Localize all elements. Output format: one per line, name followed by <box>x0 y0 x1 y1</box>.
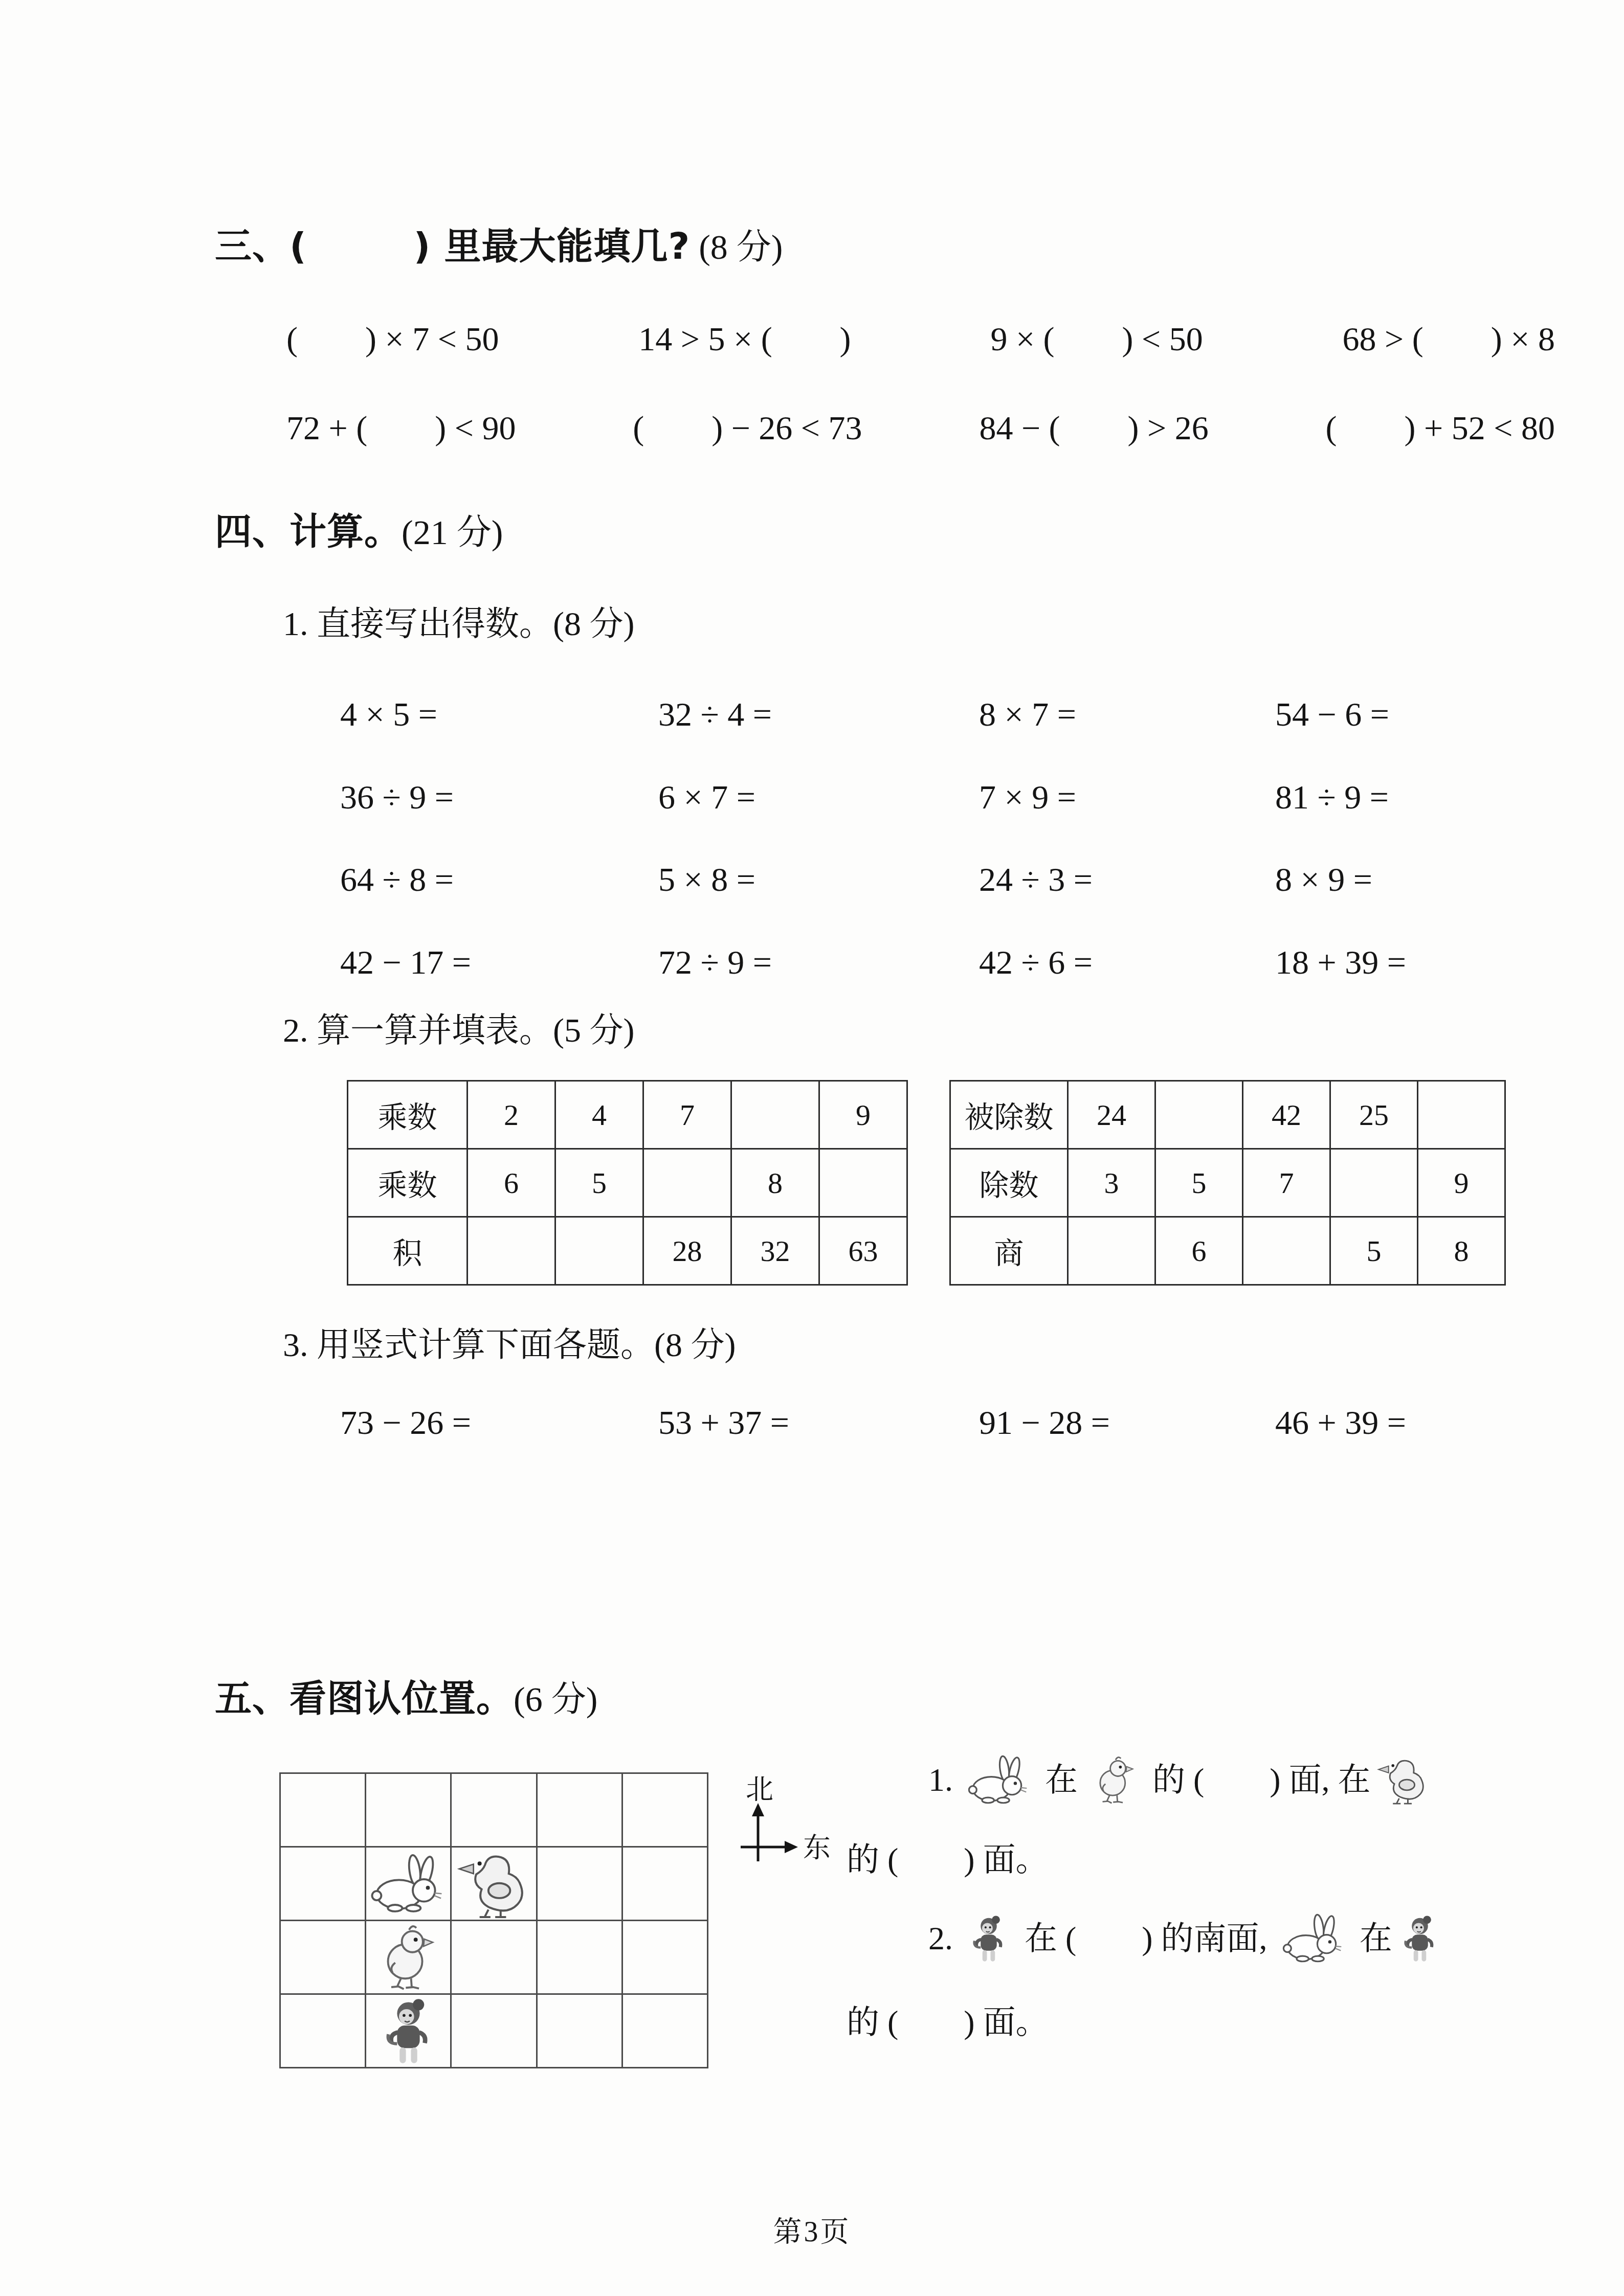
table-cell <box>1330 1149 1418 1217</box>
table-cell: 5 <box>1155 1149 1243 1217</box>
monkey-icon <box>966 1914 1011 1964</box>
grid-cell <box>623 1995 708 2068</box>
calc-problem: 36 ÷ 9 = <box>340 779 658 817</box>
grid-cell <box>281 1921 366 1995</box>
table-cell <box>468 1217 555 1285</box>
grid-cell <box>366 1921 452 1995</box>
inequality-problem: 9 × ( ) < 50 <box>990 321 1203 358</box>
compass-north-label: 北 <box>746 1774 773 1806</box>
inequality-problem: ( ) × 7 < 50 <box>286 321 499 358</box>
inequality-problem: 14 > 5 × ( ) <box>638 321 851 358</box>
row-label: 商 <box>950 1217 1068 1285</box>
inequality-problem: 72 + ( ) < 90 <box>286 410 516 447</box>
row-label: 除数 <box>950 1149 1068 1217</box>
row-label: 乘数 <box>348 1149 468 1217</box>
rabbit-icon <box>369 1854 448 1914</box>
vertical-calc-problem: 46 + 39 = <box>1275 1405 1406 1442</box>
vertical-calc-problem: 73 − 26 = <box>340 1405 658 1442</box>
grid-cell <box>281 1995 366 2068</box>
grid-cell <box>452 1774 537 1848</box>
table-cell: 6 <box>1155 1217 1243 1285</box>
table-cell: 24 <box>1068 1081 1155 1149</box>
grid-cell <box>366 1848 452 1921</box>
compass-east-label: 东 <box>803 1832 831 1864</box>
division-fill-table: 被除数244225除数3579商658 <box>949 1080 1506 1286</box>
row-label: 乘数 <box>348 1081 468 1149</box>
grid-cell <box>366 1774 452 1848</box>
section4-sub3: 3. 用竖式计算下面各题。(8 分) <box>283 1327 736 1364</box>
table-cell: 9 <box>819 1081 907 1149</box>
calc-problem: 7 × 9 = <box>979 779 1275 817</box>
calc-problem: 72 ÷ 9 = <box>658 944 979 982</box>
table-row: 商658 <box>950 1217 1505 1285</box>
table-cell <box>1418 1081 1505 1149</box>
table-cell: 7 <box>643 1081 731 1149</box>
calc-problem: 64 ÷ 8 = <box>340 862 658 899</box>
duck-icon <box>456 1849 532 1919</box>
calc-problem: 8 × 9 = <box>1275 862 1406 899</box>
chick-icon <box>375 1923 441 1992</box>
inequality-problem: ( ) + 52 < 80 <box>1326 410 1555 447</box>
question-text: 在 <box>1351 1920 1392 1957</box>
section4-score: (21 分) <box>402 513 503 552</box>
table-cell: 42 <box>1243 1081 1330 1149</box>
fill-max-row-2: 72 + ( ) < 90( ) − 26 < 7384 − ( ) > 26(… <box>286 410 1555 447</box>
question-text: 1. <box>928 1761 961 1799</box>
table-row: 积283263 <box>348 1217 907 1285</box>
chick-icon <box>1091 1755 1139 1805</box>
worksheet-page: 三、( ) 里最大能填几? (8 分) ( ) × 7 < 5014 > 5 ×… <box>0 0 1624 2296</box>
section4-sub2: 2. 算一算并填表。(5 分) <box>283 1012 634 1050</box>
page-number: 第3页 <box>0 2209 1624 2250</box>
row-label: 被除数 <box>950 1081 1068 1149</box>
table-cell: 4 <box>555 1081 643 1149</box>
calc-problem: 5 × 8 = <box>658 862 979 899</box>
calc-problem: 4 × 5 = <box>340 696 658 734</box>
table-cell <box>1155 1081 1243 1149</box>
grid-cell <box>281 1848 366 1921</box>
grid-cell <box>623 1774 708 1848</box>
table-cell: 8 <box>1418 1217 1505 1285</box>
grid-cell <box>281 1774 366 1848</box>
grid-cell <box>538 1848 623 1921</box>
calc-problem: 18 + 39 = <box>1275 944 1406 982</box>
section3-title: 三、( ) 里最大能填几? <box>215 224 690 267</box>
table-cell: 28 <box>643 1217 731 1285</box>
section3-score: (8 分) <box>690 228 783 266</box>
table-cell <box>1068 1217 1155 1285</box>
rabbit-icon <box>1281 1914 1346 1964</box>
question-text: 的 ( ) 面。 <box>847 1841 1049 1879</box>
calc-problem: 42 ÷ 6 = <box>979 944 1275 982</box>
section5-title: 五、看图认位置。 <box>215 1677 514 1720</box>
table-cell: 5 <box>555 1149 643 1217</box>
calc-problem: 6 × 7 = <box>658 779 979 817</box>
inequality-problem: 68 > ( ) × 8 <box>1343 321 1555 358</box>
section4-heading: 四、计算。(21 分) <box>215 511 503 552</box>
question-2-line-1: 2. 在 ( ) 的南面, 在 <box>928 1914 1442 1964</box>
grid-cell <box>623 1848 708 1921</box>
question-2-line-2: 的 ( ) 面。 <box>847 2004 1049 2041</box>
grid-cell <box>452 1995 537 2068</box>
question-1-line-1: 1. 在 的 ( ) 面, 在 <box>928 1755 1430 1805</box>
row-label: 积 <box>348 1217 468 1285</box>
section3-heading: 三、( ) 里最大能填几? (8 分) <box>215 226 783 266</box>
question-text: 2. <box>928 1920 961 1957</box>
table-cell <box>1243 1217 1330 1285</box>
fill-max-row-1: ( ) × 7 < 5014 > 5 × ( )9 × ( ) < 5068 >… <box>286 321 1555 358</box>
section5-heading: 五、看图认位置。(6 分) <box>215 1678 597 1719</box>
table-cell: 9 <box>1418 1149 1505 1217</box>
rabbit-icon <box>966 1755 1032 1805</box>
inequality-problem: 84 − ( ) > 26 <box>979 410 1208 447</box>
calc-problem: 8 × 7 = <box>979 696 1275 734</box>
table-cell <box>643 1149 731 1217</box>
calc-problem: 54 − 6 = <box>1275 696 1406 734</box>
compass-icon: 北 东 <box>726 1774 839 1872</box>
table-cell: 32 <box>731 1217 819 1285</box>
duck-icon <box>1376 1755 1430 1805</box>
table-row: 除数3579 <box>950 1149 1505 1217</box>
inequality-problem: ( ) − 26 < 73 <box>633 410 862 447</box>
position-grid <box>279 1772 708 2068</box>
question-text: 的 ( ) 面, 在 <box>1144 1761 1371 1799</box>
multiplication-fill-table: 乘数2479乘数658积283263 <box>347 1080 908 1286</box>
table-cell <box>555 1217 643 1285</box>
section4-sub1: 1. 直接写出得数。(8 分) <box>283 606 634 643</box>
table-cell <box>819 1149 907 1217</box>
vertical-calc-problem: 53 + 37 = <box>658 1405 979 1442</box>
calc-problem: 81 ÷ 9 = <box>1275 779 1406 817</box>
question-1-line-2: 的 ( ) 面。 <box>847 1841 1049 1879</box>
grid-cell <box>538 1921 623 1995</box>
table-cell: 6 <box>468 1149 555 1217</box>
calc-problem: 42 − 17 = <box>340 944 658 982</box>
grid-cell <box>366 1995 452 2068</box>
table-cell: 5 <box>1330 1217 1418 1285</box>
table-cell: 8 <box>731 1149 819 1217</box>
calc-problem: 24 ÷ 3 = <box>979 862 1275 899</box>
table-cell: 63 <box>819 1217 907 1285</box>
question-text: 在 <box>1037 1761 1086 1799</box>
question-text: 在 ( ) 的南面, <box>1016 1920 1276 1957</box>
table-row: 乘数2479 <box>348 1081 907 1149</box>
section5-score: (6 分) <box>514 1680 597 1719</box>
vertical-calc-problem: 91 − 28 = <box>979 1405 1275 1442</box>
section4-title: 四、计算。 <box>215 510 402 553</box>
grid-cell <box>538 1774 623 1848</box>
table-row: 被除数244225 <box>950 1081 1505 1149</box>
table-row: 乘数658 <box>348 1149 907 1217</box>
direct-calc-grid: 4 × 5 =32 ÷ 4 =8 × 7 =54 − 6 =36 ÷ 9 =6 … <box>340 696 1406 981</box>
grid-cell <box>452 1921 537 1995</box>
grid-cell <box>623 1921 708 1995</box>
question-text: 的 ( ) 面。 <box>847 2004 1049 2041</box>
calc-problem: 32 ÷ 4 = <box>658 696 979 734</box>
monkey-icon <box>1397 1914 1442 1964</box>
vertical-calc-row: 73 − 26 =53 + 37 =91 − 28 =46 + 39 = <box>340 1405 1406 1442</box>
table-cell: 25 <box>1330 1081 1418 1149</box>
grid-cell <box>452 1848 537 1921</box>
table-cell <box>731 1081 819 1149</box>
table-cell: 7 <box>1243 1149 1330 1217</box>
table-cell: 3 <box>1068 1149 1155 1217</box>
grid-cell <box>538 1995 623 2068</box>
table-cell: 2 <box>468 1081 555 1149</box>
monkey-icon <box>377 1996 440 2066</box>
